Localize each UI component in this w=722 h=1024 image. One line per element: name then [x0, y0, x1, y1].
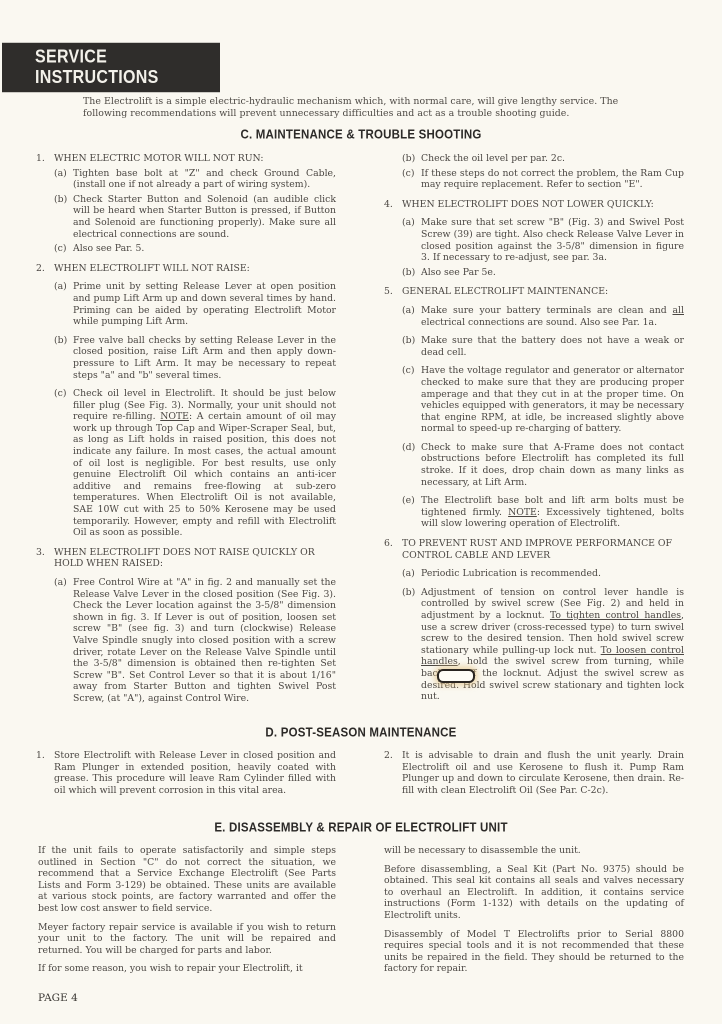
item-4: 4.WHEN ELECTROLIFT DOES NOT LOWER QUICKL… — [384, 199, 684, 279]
paper-burn-mark — [437, 669, 475, 683]
item-title: WHEN ELECTROLIFT DOES NOT LOWER QUICKLY: — [402, 199, 654, 211]
sub-text: If these steps do not correct the proble… — [421, 168, 684, 191]
intro-paragraph: The Electrolift is a simple electric-hyd… — [83, 96, 663, 120]
item-5: 5.GENERAL ELECTROLIFT MAINTENANCE: (a)Ma… — [384, 286, 684, 530]
sub-letter: (b) — [402, 587, 421, 703]
emphasis: To tighten control handles — [550, 610, 681, 621]
section-d-left: 1.Store Electrolift with Release Lever i… — [36, 750, 336, 796]
sub-letter: (d) — [402, 442, 421, 488]
section-c-left-column: 1.WHEN ELECTRIC MOTOR WILL NOT RUN: (a)T… — [36, 153, 336, 713]
paragraph: If the unit fails to operate satisfactor… — [38, 845, 336, 915]
section-d-right: 2.It is advisable to drain and flush the… — [384, 750, 684, 796]
sub-letter: (a) — [54, 168, 73, 191]
item-number: 5. — [384, 286, 402, 298]
item-number: 1. — [36, 750, 54, 796]
sub-text: Check oil level in Electrolift. It shoul… — [73, 388, 336, 539]
sub-letter: (b) — [54, 335, 73, 381]
item-6: 6.TO PREVENT RUST AND IMPROVE PERFORMANC… — [384, 538, 684, 703]
sub-text: Check Starter Button and Solenoid (an au… — [73, 194, 336, 240]
sub-letter: (e) — [402, 495, 421, 530]
text-segment: Make sure your battery terminals are cle… — [421, 305, 673, 316]
sub-letter: (c) — [54, 243, 73, 255]
section-c-right-column: (b)Check the oil level per par. 2c. (c)I… — [384, 153, 684, 711]
paragraph: will be necessary to disassemble the uni… — [384, 845, 684, 857]
sub-text: Adjustment of tension on control lever h… — [421, 587, 684, 703]
sub-letter: (c) — [402, 365, 421, 435]
sub-letter: (b) — [402, 335, 421, 358]
sub-text: Also see Par 5e. — [421, 267, 684, 279]
sub-letter: (b) — [402, 267, 421, 279]
item-title: TO PREVENT RUST AND IMPROVE PERFORMANCE … — [402, 538, 684, 561]
sub-letter: (a) — [54, 281, 73, 327]
item-title: GENERAL ELECTROLIFT MAINTENANCE: — [402, 286, 608, 298]
sub-text: The Electrolift base bolt and lift arm b… — [421, 495, 684, 530]
sub-letter: (a) — [402, 568, 421, 580]
item-text: It is advisable to drain and flush the u… — [402, 750, 684, 796]
sub-letter: (a) — [402, 305, 421, 328]
sub-text: Also see Par. 5. — [73, 243, 336, 255]
paragraph: Disassembly of Model T Electrolifts prio… — [384, 929, 684, 975]
sub-text: Make sure your battery terminals are cle… — [421, 305, 684, 328]
item-number: 6. — [384, 538, 402, 561]
item-text: Store Electrolift with Release Lever in … — [54, 750, 336, 796]
item-3: 3.WHEN ELECTROLIFT DOES NOT RAISE QUICKL… — [36, 547, 336, 705]
sub-letter: (a) — [402, 217, 421, 263]
note-label: NOTE — [508, 507, 537, 518]
banner-title: SERVICE INSTRUCTIONS — [35, 47, 220, 88]
sub-text: Make sure that the battery does not have… — [421, 335, 684, 358]
sub-letter: (c) — [54, 388, 73, 539]
section-banner: SERVICE INSTRUCTIONS — [2, 43, 220, 92]
item-title: WHEN ELECTRIC MOTOR WILL NOT RUN: — [54, 153, 263, 165]
item-title: WHEN ELECTROLIFT WILL NOT RAISE: — [54, 263, 250, 275]
text-segment: : A certain amount of oil may work up th… — [73, 411, 336, 538]
note-label: NOTE — [160, 411, 189, 422]
sub-text: Have the voltage regulator and generator… — [421, 365, 684, 435]
paragraph: If for some reason, you wish to repair y… — [38, 963, 336, 975]
paragraph: Before disassembling, a Seal Kit (Part N… — [384, 864, 684, 922]
section-e-heading: E. DISASSEMBLY & REPAIR OF ELECTROLIFT U… — [0, 821, 722, 835]
item-number: 2. — [384, 750, 402, 796]
section-d-heading: D. POST-SEASON MAINTENANCE — [0, 726, 722, 740]
section-e-right: will be necessary to disassemble the uni… — [384, 845, 684, 982]
item-number: 3. — [36, 547, 54, 570]
section-c-heading: C. MAINTENANCE & TROUBLE SHOOTING — [0, 128, 722, 142]
sub-text: Free valve ball checks by setting Releas… — [73, 335, 336, 381]
item-2: 2.WHEN ELECTROLIFT WILL NOT RAISE: (a)Pr… — [36, 263, 336, 539]
sub-text: Check to make sure that A-Frame does not… — [421, 442, 684, 488]
sub-letter: (b) — [54, 194, 73, 240]
sub-text: Check the oil level per par. 2c. — [421, 153, 684, 165]
sub-letter: (a) — [54, 577, 73, 705]
sub-text: Periodic Lubrication is recommended. — [421, 568, 684, 580]
item-3-continued: (b)Check the oil level per par. 2c. (c)I… — [384, 153, 684, 191]
sub-letter: (c) — [402, 168, 421, 191]
sub-text: Prime unit by setting Release Lever at o… — [73, 281, 336, 327]
sub-text: Tighten base bolt at "Z" and check Groun… — [73, 168, 336, 191]
sub-text: Free Control Wire at "A" in fig. 2 and m… — [73, 577, 336, 705]
item-1: 1.WHEN ELECTRIC MOTOR WILL NOT RUN: (a)T… — [36, 153, 336, 255]
item-number: 4. — [384, 199, 402, 211]
emphasis: all — [673, 305, 685, 316]
sub-text: Make sure that set screw "B" (Fig. 3) an… — [421, 217, 684, 263]
paragraph: Meyer factory repair service is availabl… — [38, 922, 336, 957]
item-number: 2. — [36, 263, 54, 275]
section-e-left: If the unit fails to operate satisfactor… — [38, 845, 336, 982]
item-title: WHEN ELECTROLIFT DOES NOT RAISE QUICKLY … — [54, 547, 336, 570]
text-segment: electrical connections are sound. Also s… — [421, 317, 657, 328]
item-number: 1. — [36, 153, 54, 165]
page-number: PAGE 4 — [38, 992, 78, 1004]
sub-letter: (b) — [402, 153, 421, 165]
